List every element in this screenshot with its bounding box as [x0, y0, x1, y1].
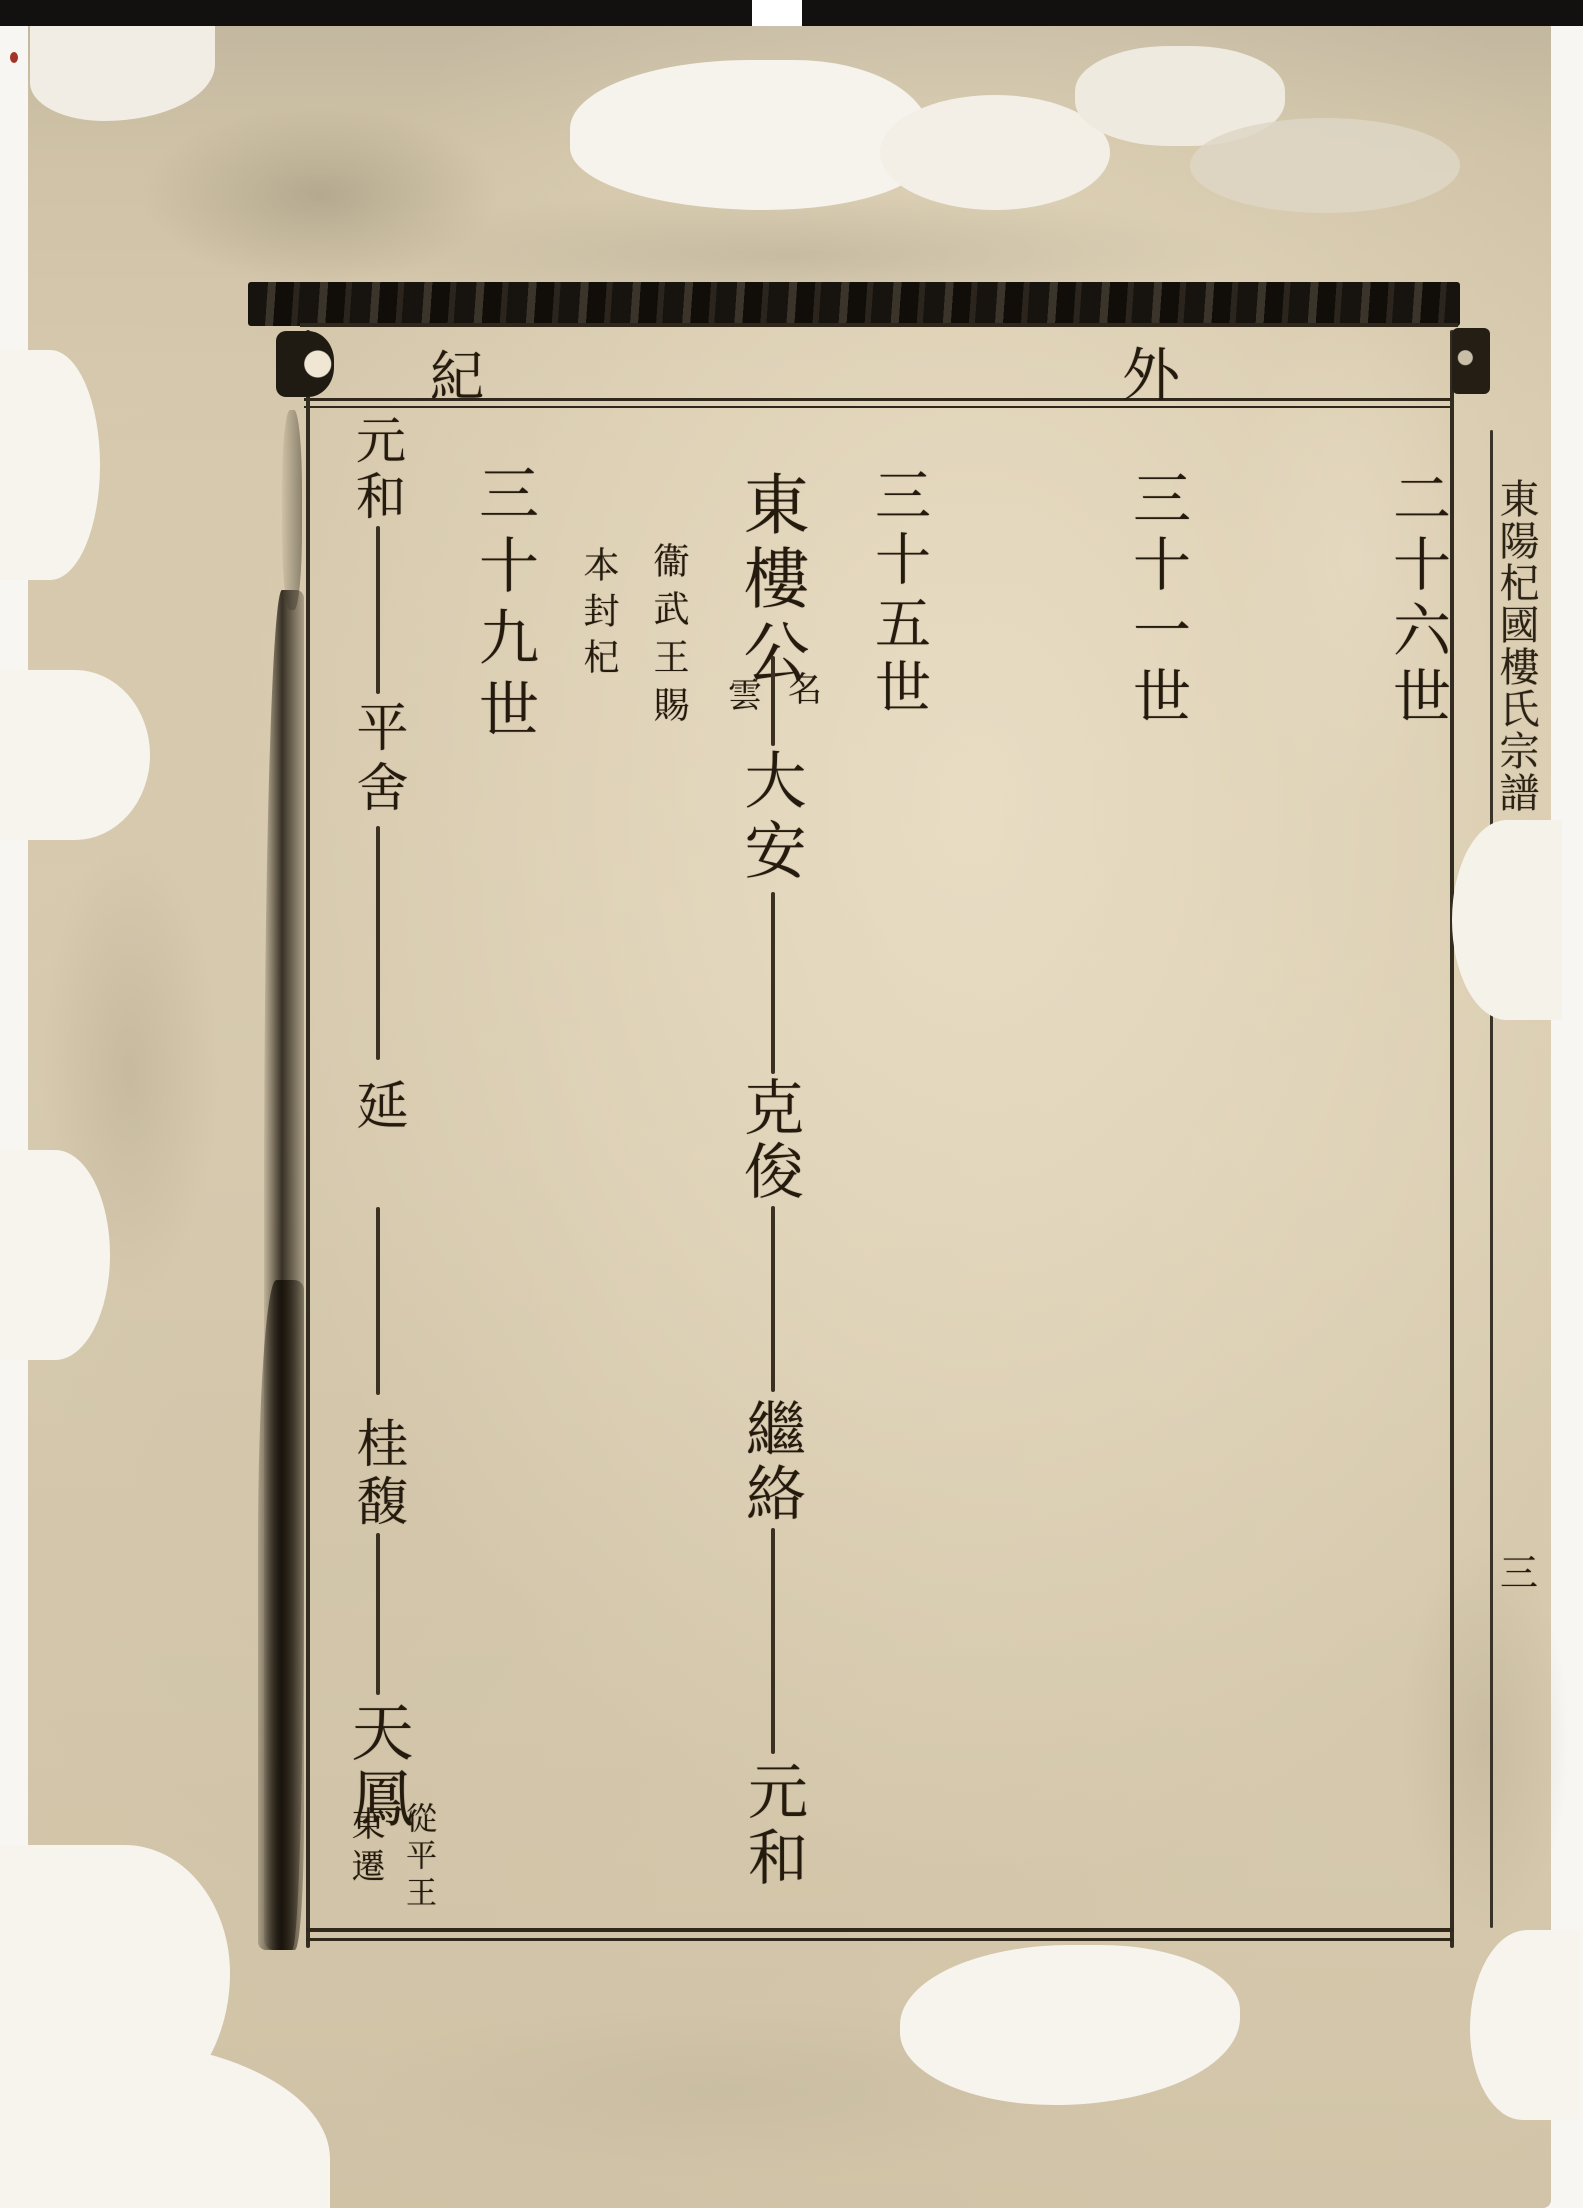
tear-left-1	[0, 350, 100, 580]
tear-left-2	[0, 670, 150, 840]
tear-top-center	[570, 60, 930, 210]
tear-left-3	[0, 1150, 110, 1360]
left-lineage-yuanhe: 元和	[352, 414, 402, 526]
spine-fragment-low: 三	[1500, 1542, 1538, 1597]
descent-line-main-1	[771, 892, 775, 1074]
tear-top-right-gray	[1190, 118, 1460, 213]
tear-right-bottom	[1470, 1930, 1580, 2120]
head-note-right: 名	[788, 662, 822, 711]
generation-label-39: 三十九世	[474, 462, 534, 750]
tear-top-center-2	[880, 95, 1110, 210]
descent-line-main-3	[771, 1528, 775, 1754]
red-speck	[10, 52, 18, 63]
descent-line-left-1	[376, 526, 380, 694]
left-lineage-pingshe: 平舍	[351, 700, 403, 820]
descent-line-left-4	[376, 1533, 380, 1695]
scanned-page: 紀 外 二十六世 三十一世 三十五世 三十九世 東樓公 名 雲 衞武王賜 本封杞…	[0, 0, 1583, 2208]
lineage-name-kejun: 克俊	[739, 1076, 799, 1204]
lineage-name-yuanhe-main: 元和	[743, 1760, 803, 1892]
scanner-strip-top	[0, 0, 1583, 26]
migration-note-left: 東遷	[348, 1806, 382, 1890]
header-char-wai: 外	[1122, 328, 1180, 412]
descent-line-main-2	[771, 1206, 775, 1392]
header-ornament-left	[276, 331, 334, 397]
descent-line-left-2	[376, 826, 380, 1060]
migration-note-right: 從平王	[402, 1802, 433, 1913]
lineage-name-daan: 大安	[739, 748, 801, 888]
generation-label-31: 三十一世	[1128, 468, 1186, 732]
frame-border-bottom-2	[306, 1938, 1454, 1941]
tear-right-middle	[1452, 820, 1562, 1020]
gutter-shadow-upper	[282, 410, 302, 610]
gutter-shadow-lower	[258, 1280, 304, 1950]
frame-top-band	[248, 282, 1460, 326]
left-lineage-guifu: 桂馥	[351, 1416, 403, 1532]
lineage-head: 東樓公	[737, 470, 803, 692]
header-ornament-right	[1452, 328, 1490, 394]
left-lineage-yan: 延	[351, 1078, 403, 1130]
frame-line-header-top	[300, 323, 1458, 327]
lineage-side-note-left: 本封杞	[580, 546, 616, 684]
header-char-ji: 紀	[430, 334, 484, 411]
lineage-side-note-right: 衞武王賜	[650, 542, 686, 734]
head-note-left: 雲	[728, 668, 762, 717]
lineage-name-jiluo: 繼絡	[741, 1398, 801, 1526]
book-spine-title: 東陽杞國樓氏宗譜	[1496, 478, 1536, 814]
generation-label-35: 三十五世	[870, 466, 926, 722]
frame-border-bottom-1	[306, 1928, 1454, 1932]
descent-line-main-0	[771, 656, 775, 746]
generation-label-26: 二十六世	[1388, 468, 1446, 732]
descent-line-left-3	[376, 1207, 380, 1395]
frame-border-left	[306, 330, 310, 1948]
